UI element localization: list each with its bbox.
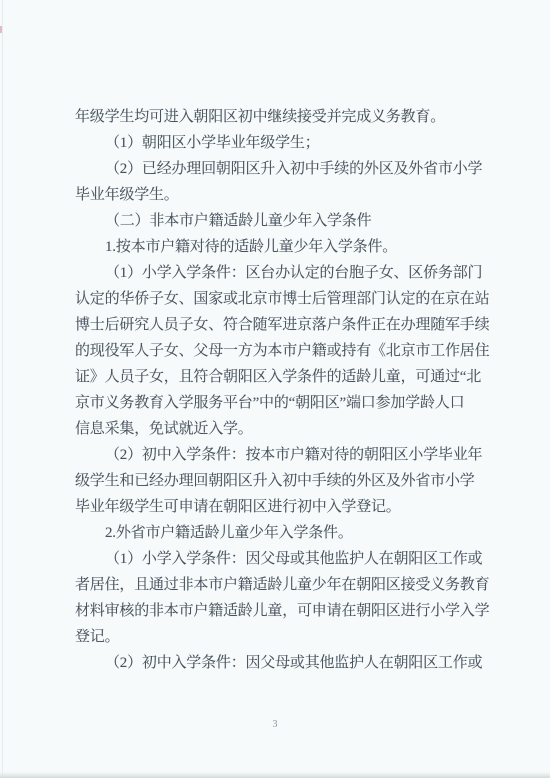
text-line: 信息采集，免试就近入学。 [75,416,495,442]
text-line: 材料审核的非本市户籍适龄儿童，可申请在朝阳区进行小学入学 [75,598,495,624]
text-line: 登记。 [75,624,495,650]
text-line: 毕业年级学生。 [75,182,495,208]
text-line: （1）小学入学条件：因父母或其他监护人在朝阳区工作或 [75,546,495,572]
text-line: 年级学生均可进入朝阳区初中继续接受并完成义务教育。 [75,104,495,130]
text-line: 1.按本市户籍对待的适龄儿童少年入学条件。 [75,234,495,260]
text-line: （2）初中入学条件：因父母或其他监护人在朝阳区工作或 [75,650,495,676]
page-number: 3 [0,718,550,732]
text-line: （1）小学入学条件：区台办认定的台胞子女、区侨务部门 [75,260,495,286]
text-line: （2）已经办理回朝阳区升入初中手续的外区及外省市小学 [75,156,495,182]
scan-edge-line [2,0,3,778]
text-line: 证》人员子女，且符合朝阳区入学条件的适龄儿童，可通过“北 [75,364,495,390]
text-line: 的现役军人子女、父母一方为本市户籍或持有《北京市工作居住 [75,338,495,364]
text-line: 级学生和已经办理回朝阳区升入初中手续的外区及外省市小学 [75,468,495,494]
text-line: 京市义务教育入学服务平台”中的“朝阳区”端口参加学龄人口 [75,390,495,416]
text-line: （2）初中入学条件：按本市户籍对待的朝阳区小学毕业年 [75,442,495,468]
text-line: （1）朝阳区小学毕业年级学生； [75,130,495,156]
scanned-document-page: 年级学生均可进入朝阳区初中继续接受并完成义务教育。（1）朝阳区小学毕业年级学生；… [0,0,550,778]
scan-artifact-mark [0,26,2,33]
text-line: （二）非本市户籍适龄儿童少年入学条件 [75,208,495,234]
text-line: 认定的华侨子女、国家或北京市博士后管理部门认定的在京在站 [75,286,495,312]
scan-bottom-shadow [0,772,550,778]
text-line: 博士后研究人员子女、符合随军进京落户条件正在办理随军手续 [75,312,495,338]
text-line: 者居住，且通过非本市户籍适龄儿童少年在朝阳区接受义务教育 [75,572,495,598]
text-line: 2.外省市户籍适龄儿童少年入学条件。 [75,520,495,546]
document-text-block: 年级学生均可进入朝阳区初中继续接受并完成义务教育。（1）朝阳区小学毕业年级学生；… [75,104,495,676]
text-line: 毕业年级学生可申请在朝阳区进行初中入学登记。 [75,494,495,520]
